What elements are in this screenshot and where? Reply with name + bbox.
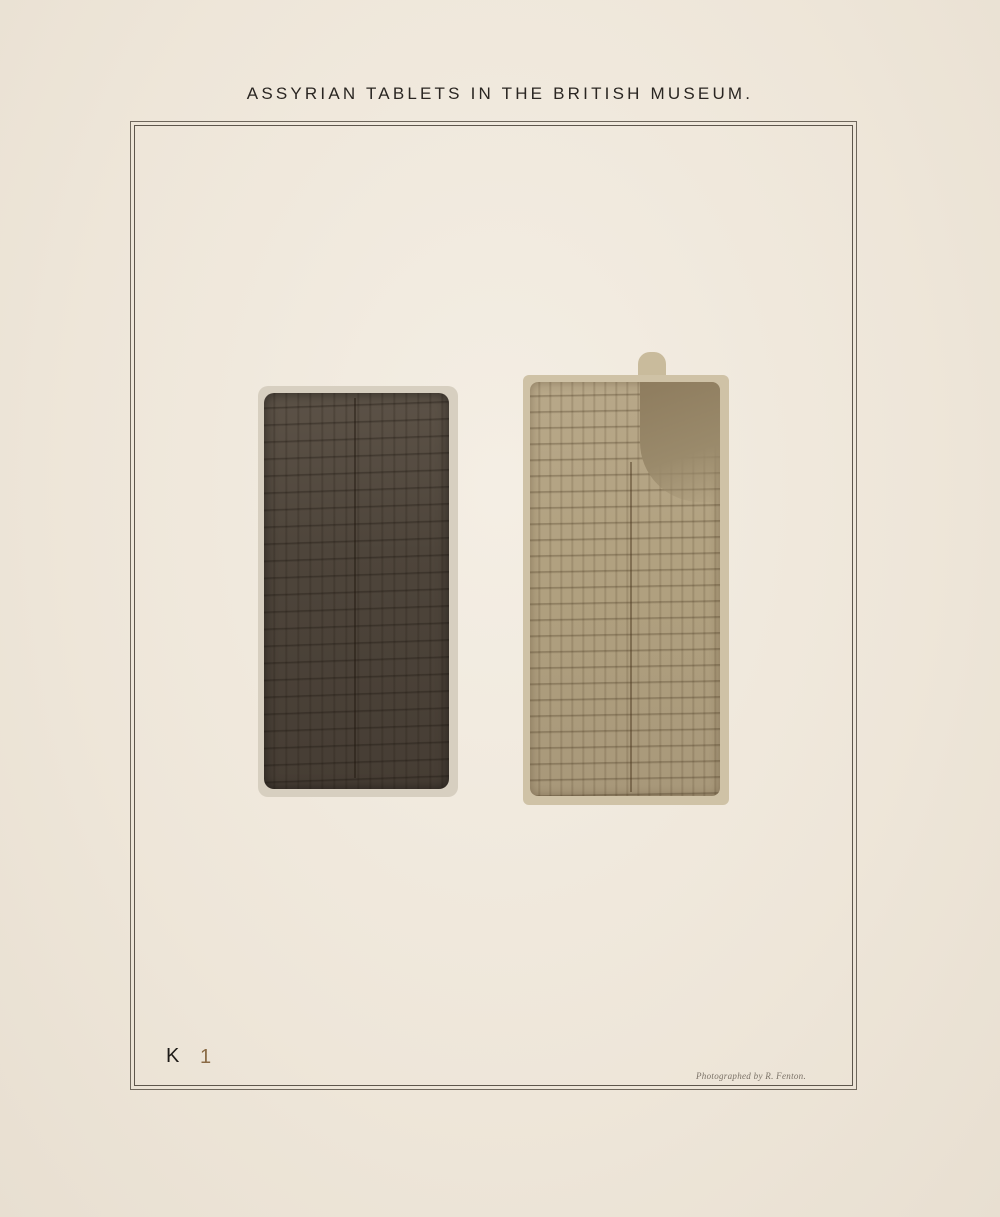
plate-label: K — [166, 1045, 179, 1068]
tablet-damage-area — [640, 382, 720, 502]
photo-credit: Photographed by R. Fenton. — [696, 1071, 806, 1081]
tablet-column-divider — [354, 398, 356, 778]
tablet-reverse-image — [530, 382, 720, 796]
tablet-obverse-image — [264, 393, 449, 789]
frame-border-inner — [134, 125, 853, 1086]
plate-number: 1 — [200, 1046, 211, 1069]
plate-title: ASSYRIAN TABLETS IN THE BRITISH MUSEUM. — [0, 84, 1000, 104]
tablet-column-divider — [630, 462, 632, 792]
